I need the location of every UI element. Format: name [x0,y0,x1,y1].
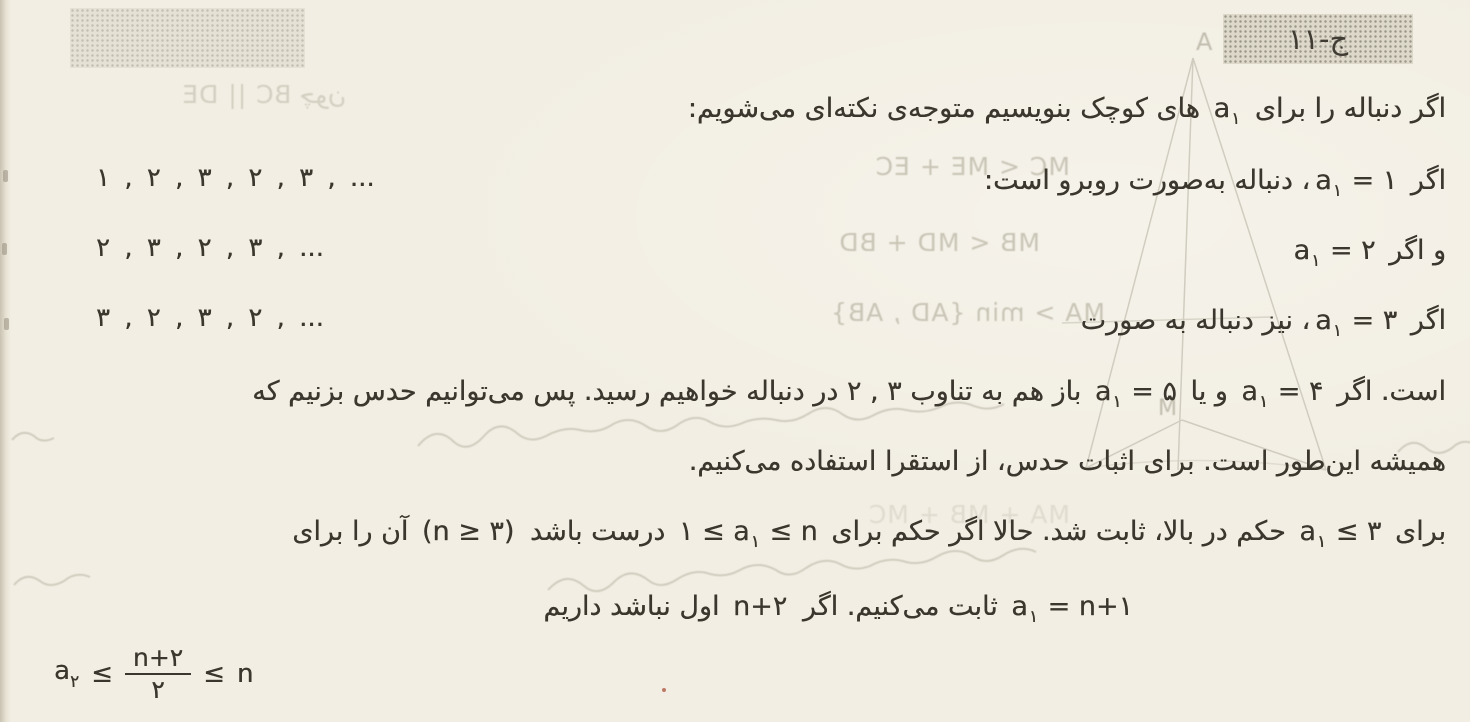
line7-text: آن را برای [292,516,417,547]
sequence-3: ۳ , ۲ , ۳ , ۲ , ... [96,303,324,333]
final-inequality: a۲ ≤ n+۲ ۲ ≤ n [54,645,253,704]
line8-text: اول نباشد داریم [543,591,728,622]
line5-text: و یا [1182,376,1237,407]
math-a1-lte-3: a۱ ≤ ۳ [1299,513,1381,561]
line7-text: حکم در بالا، ثابت شد. حالا اگر حکم برای [823,516,1295,547]
bleed-vertex-a-label: A [1196,28,1212,56]
math-a1: a۱ [1214,90,1242,138]
scanned-book-page: A M چون BC || DE MC < ME + EC MB < MD + … [0,0,1470,722]
math-a1-equals-5: a۱ = ۵ [1095,373,1177,421]
bleed-text-note: چون BC || DE [86,80,346,109]
math-n-gte-3: (n ≥ ۳) [422,513,516,561]
math-1-lte-a1-lte-n: ۱ ≤ a۱ ≤ n [679,513,818,561]
lte-symbol: ≤ [91,659,113,689]
math-a1-equals-4: a۱ = ۴ [1241,373,1323,421]
solution-line-5: است. اگر a۱ = ۴ و یا a۱ = ۵ باز هم به تن… [252,373,1446,421]
line7-text: برای [1386,516,1446,547]
bleed-formula-3: MA > min {AD , AB} [735,298,1105,327]
lte-symbol: ≤ [203,659,225,689]
solution-line-8: a۱ = n+۱ ثابت می‌کنیم. اگر n+۲ اول نباشد… [543,588,1138,636]
problem-number: ۱۱-ج [1288,22,1348,56]
fraction-n-plus-2-over-2: n+۲ ۲ [125,645,191,704]
math-a2: a۲ [54,656,79,692]
bleed-handwriting [12,433,54,441]
math-n: n [237,659,253,689]
line1-text: اگر دنباله را برای [1246,93,1446,124]
math-n-plus-2: n+۲ [733,588,789,636]
line8-text: ثابت می‌کنیم. اگر [794,591,1006,622]
sequence-2: ۲ , ۳ , ۲ , ۳ , ... [96,233,324,263]
line4-text: ، نیز دنباله به صورت [1081,305,1311,336]
math-a1-equals-n-plus-1: a۱ = n+۱ [1011,588,1133,636]
fraction-numerator: n+۲ [125,645,191,675]
line1-text: های کوچک بنویسیم متوجه‌ی نکته‌ای می‌شویم… [688,93,1209,124]
fraction-denominator: ۲ [151,675,164,703]
sequence-1: ۱ , ۲ , ۳ , ۲ , ۳ , ... [96,163,375,193]
line2-text: ، دنباله به‌صورت روبرو است: [984,165,1310,196]
math-a1-equals-1: a۱ = ۱ [1315,162,1397,210]
solution-line-6: همیشه این‌طور است. برای اثبات حدس، از اس… [689,443,1446,481]
solution-line-1: اگر دنباله را برای a۱ های کوچک بنویسیم م… [688,90,1446,138]
line2-text: اگر [1402,165,1446,196]
bleed-formula-2: MB < MD + BD [740,228,1040,257]
math-a1-equals-3: a۱ = ۳ [1315,302,1397,350]
solution-line-4: اگر a۱ = ۳، نیز دنباله به صورت [1081,302,1446,350]
line7-text: درست باشد [521,516,673,547]
solution-line-3: و اگر a۱ = ۲ [1289,232,1446,280]
bleed-handwriting [14,575,90,585]
line5-text: است. اگر [1328,376,1446,407]
line6-text: همیشه این‌طور است. برای اثبات حدس، از اس… [689,446,1446,477]
line3-text: و اگر [1381,235,1446,266]
solution-line-7: برای a۱ ≤ ۳ حکم در بالا، ثابت شد. حالا ا… [292,513,1446,561]
bleed-halftone-patch [70,8,305,68]
line5-text: باز هم به تناوب ۳ , ۲ در دنباله خواهیم ر… [252,376,1090,407]
problem-badge: ۱۱-ج [1223,14,1413,64]
math-a1-equals-2: a۱ = ۲ [1294,232,1376,280]
line4-text: اگر [1402,305,1446,336]
solution-line-2: اگر a۱ = ۱، دنباله به‌صورت روبرو است: [984,162,1446,210]
